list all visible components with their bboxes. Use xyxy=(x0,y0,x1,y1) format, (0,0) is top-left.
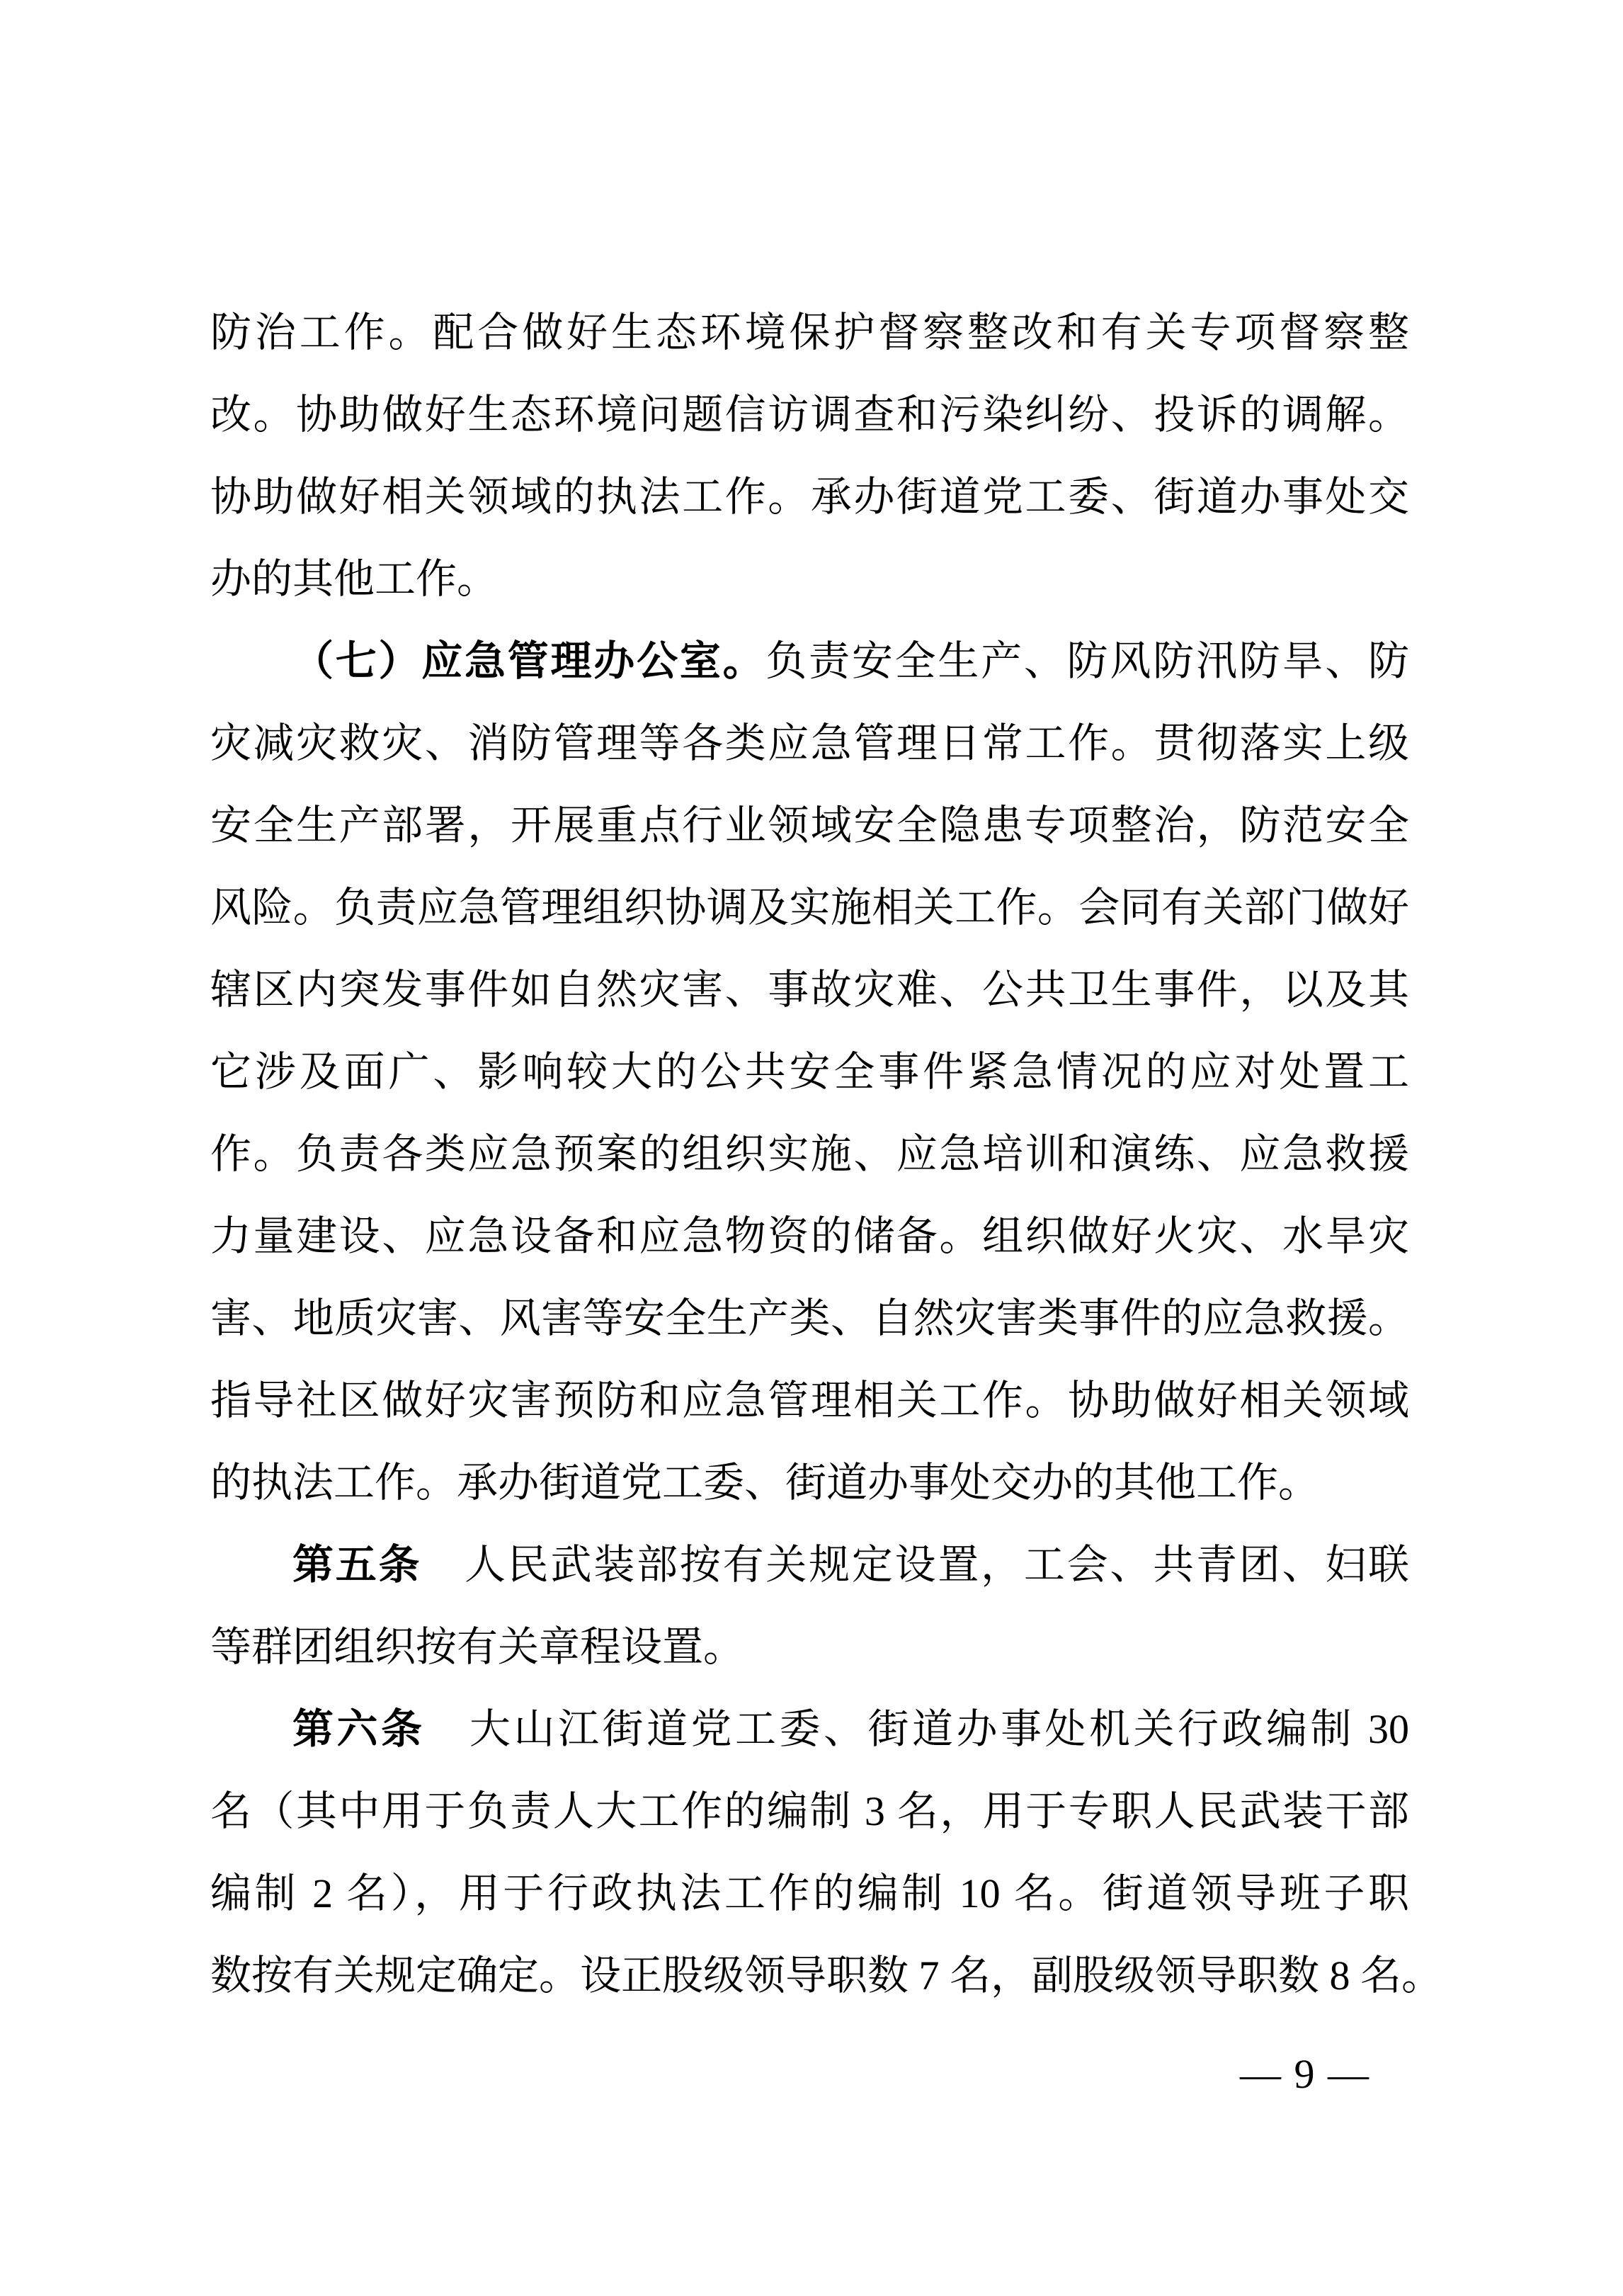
body-text: 辖区内突发事件如自然灾害、事故灾难、公共卫生事件，以及其 xyxy=(210,967,1409,1013)
text-line: 协助做好相关领域的执法工作。承办街道党工委、街道办事处交 xyxy=(210,456,1409,538)
article-number-term: 第六条 xyxy=(292,1706,426,1752)
body-text: 协助做好相关领域的执法工作。承办街道党工委、街道办事处交 xyxy=(210,474,1409,520)
body-text: 负责安全生产、防风防汛防旱、防 xyxy=(765,638,1409,684)
body-text: 害、地质灾害、风害等安全生产类、自然灾害类事件的应急救援。 xyxy=(210,1295,1409,1341)
text-line: 名（其中用于负责人大工作的编制 3 名，用于专职人民武装干部 xyxy=(210,1771,1409,1853)
text-line: 害、地质灾害、风害等安全生产类、自然灾害类事件的应急救援。 xyxy=(210,1278,1409,1360)
body-text: 大山江街道党工委、街道办事处机关行政编制 30 xyxy=(426,1706,1409,1752)
body-text: 安全生产部署，开展重点行业领域安全隐患专项整治，防范安全 xyxy=(210,802,1409,848)
body-text: 等群团组织按有关章程设置。 xyxy=(210,1624,744,1670)
text-line: 辖区内突发事件如自然灾害、事故灾难、公共卫生事件，以及其 xyxy=(210,949,1409,1031)
text-line: 安全生产部署，开展重点行业领域安全隐患专项整治，防范安全 xyxy=(210,785,1409,867)
text-line: 编制 2 名），用于行政执法工作的编制 10 名。街道领导班子职 xyxy=(210,1853,1409,1935)
body-text: 作。负责各类应急预案的组织实施、应急培训和演练、应急救援 xyxy=(210,1131,1409,1177)
body-text: 名（其中用于负责人大工作的编制 3 名，用于专职人民武装干部 xyxy=(210,1788,1409,1834)
document-body: 防治工作。配合做好生态环境保护督察整改和有关专项督察整改。协助做好生态环境问题信… xyxy=(210,292,1409,2017)
section-heading-term: （七）应急管理办公室。 xyxy=(292,638,765,684)
body-text: 防治工作。配合做好生态环境保护督察整改和有关专项督察整 xyxy=(210,309,1409,356)
text-line: 风险。负责应急管理组织协调及实施相关工作。会同有关部门做好 xyxy=(210,867,1409,949)
body-text: 办的其他工作。 xyxy=(210,556,498,602)
text-line: 防治工作。配合做好生态环境保护督察整改和有关专项督察整 xyxy=(210,292,1409,374)
body-text: 力量建设、应急设备和应急物资的储备。组织做好火灾、水旱灾 xyxy=(210,1213,1409,1259)
body-text: 改。协助做好生态环境问题信访调查和污染纠纷、投诉的调解。 xyxy=(210,392,1409,438)
text-line: 数按有关规定确定。设正股级领导职数 7 名，副股级领导职数 8 名。 xyxy=(210,1935,1409,2017)
body-text: 数按有关规定确定。设正股级领导职数 7 名，副股级领导职数 8 名。 xyxy=(210,1953,1442,1999)
text-line: 灾减灾救灾、消防管理等各类应急管理日常工作。贯彻落实上级 xyxy=(210,703,1409,785)
text-line: 第六条 大山江街道党工委、街道办事处机关行政编制 30 xyxy=(210,1688,1409,1771)
body-text: 人民武装部按有关规定设置，工会、共青团、妇联 xyxy=(421,1542,1409,1588)
body-text: 风险。负责应急管理组织协调及实施相关工作。会同有关部门做好 xyxy=(210,885,1409,931)
body-text: 的执法工作。承办街道党工委、街道办事处交办的其他工作。 xyxy=(210,1460,1319,1506)
body-text: 灾减灾救灾、消防管理等各类应急管理日常工作。贯彻落实上级 xyxy=(210,720,1409,766)
text-line: 等群团组织按有关章程设置。 xyxy=(210,1606,1409,1688)
document-page: 防治工作。配合做好生态环境保护督察整改和有关专项督察整改。协助做好生态环境问题信… xyxy=(0,0,1623,2296)
text-line: 改。协助做好生态环境问题信访调查和污染纠纷、投诉的调解。 xyxy=(210,374,1409,456)
body-text: 指导社区做好灾害预防和应急管理相关工作。协助做好相关领域 xyxy=(210,1377,1409,1423)
page-number-footer: — 9 — xyxy=(1240,2052,1370,2096)
body-text: 它涉及面广、影响较大的公共安全事件紧急情况的应对处置工 xyxy=(210,1049,1409,1095)
body-text: 编制 2 名），用于行政执法工作的编制 10 名。街道领导班子职 xyxy=(210,1870,1409,1916)
text-line: 作。负责各类应急预案的组织实施、应急培训和演练、应急救援 xyxy=(210,1113,1409,1195)
text-line: 指导社区做好灾害预防和应急管理相关工作。协助做好相关领域 xyxy=(210,1360,1409,1442)
article-number-term: 第五条 xyxy=(292,1542,421,1588)
text-line: 力量建设、应急设备和应急物资的储备。组织做好火灾、水旱灾 xyxy=(210,1195,1409,1278)
text-line: 的执法工作。承办街道党工委、街道办事处交办的其他工作。 xyxy=(210,1442,1409,1524)
text-line: 它涉及面广、影响较大的公共安全事件紧急情况的应对处置工 xyxy=(210,1031,1409,1113)
text-line: （七）应急管理办公室。负责安全生产、防风防汛防旱、防 xyxy=(210,620,1409,703)
text-line: 第五条 人民武装部按有关规定设置，工会、共青团、妇联 xyxy=(210,1524,1409,1606)
text-line: 办的其他工作。 xyxy=(210,538,1409,620)
